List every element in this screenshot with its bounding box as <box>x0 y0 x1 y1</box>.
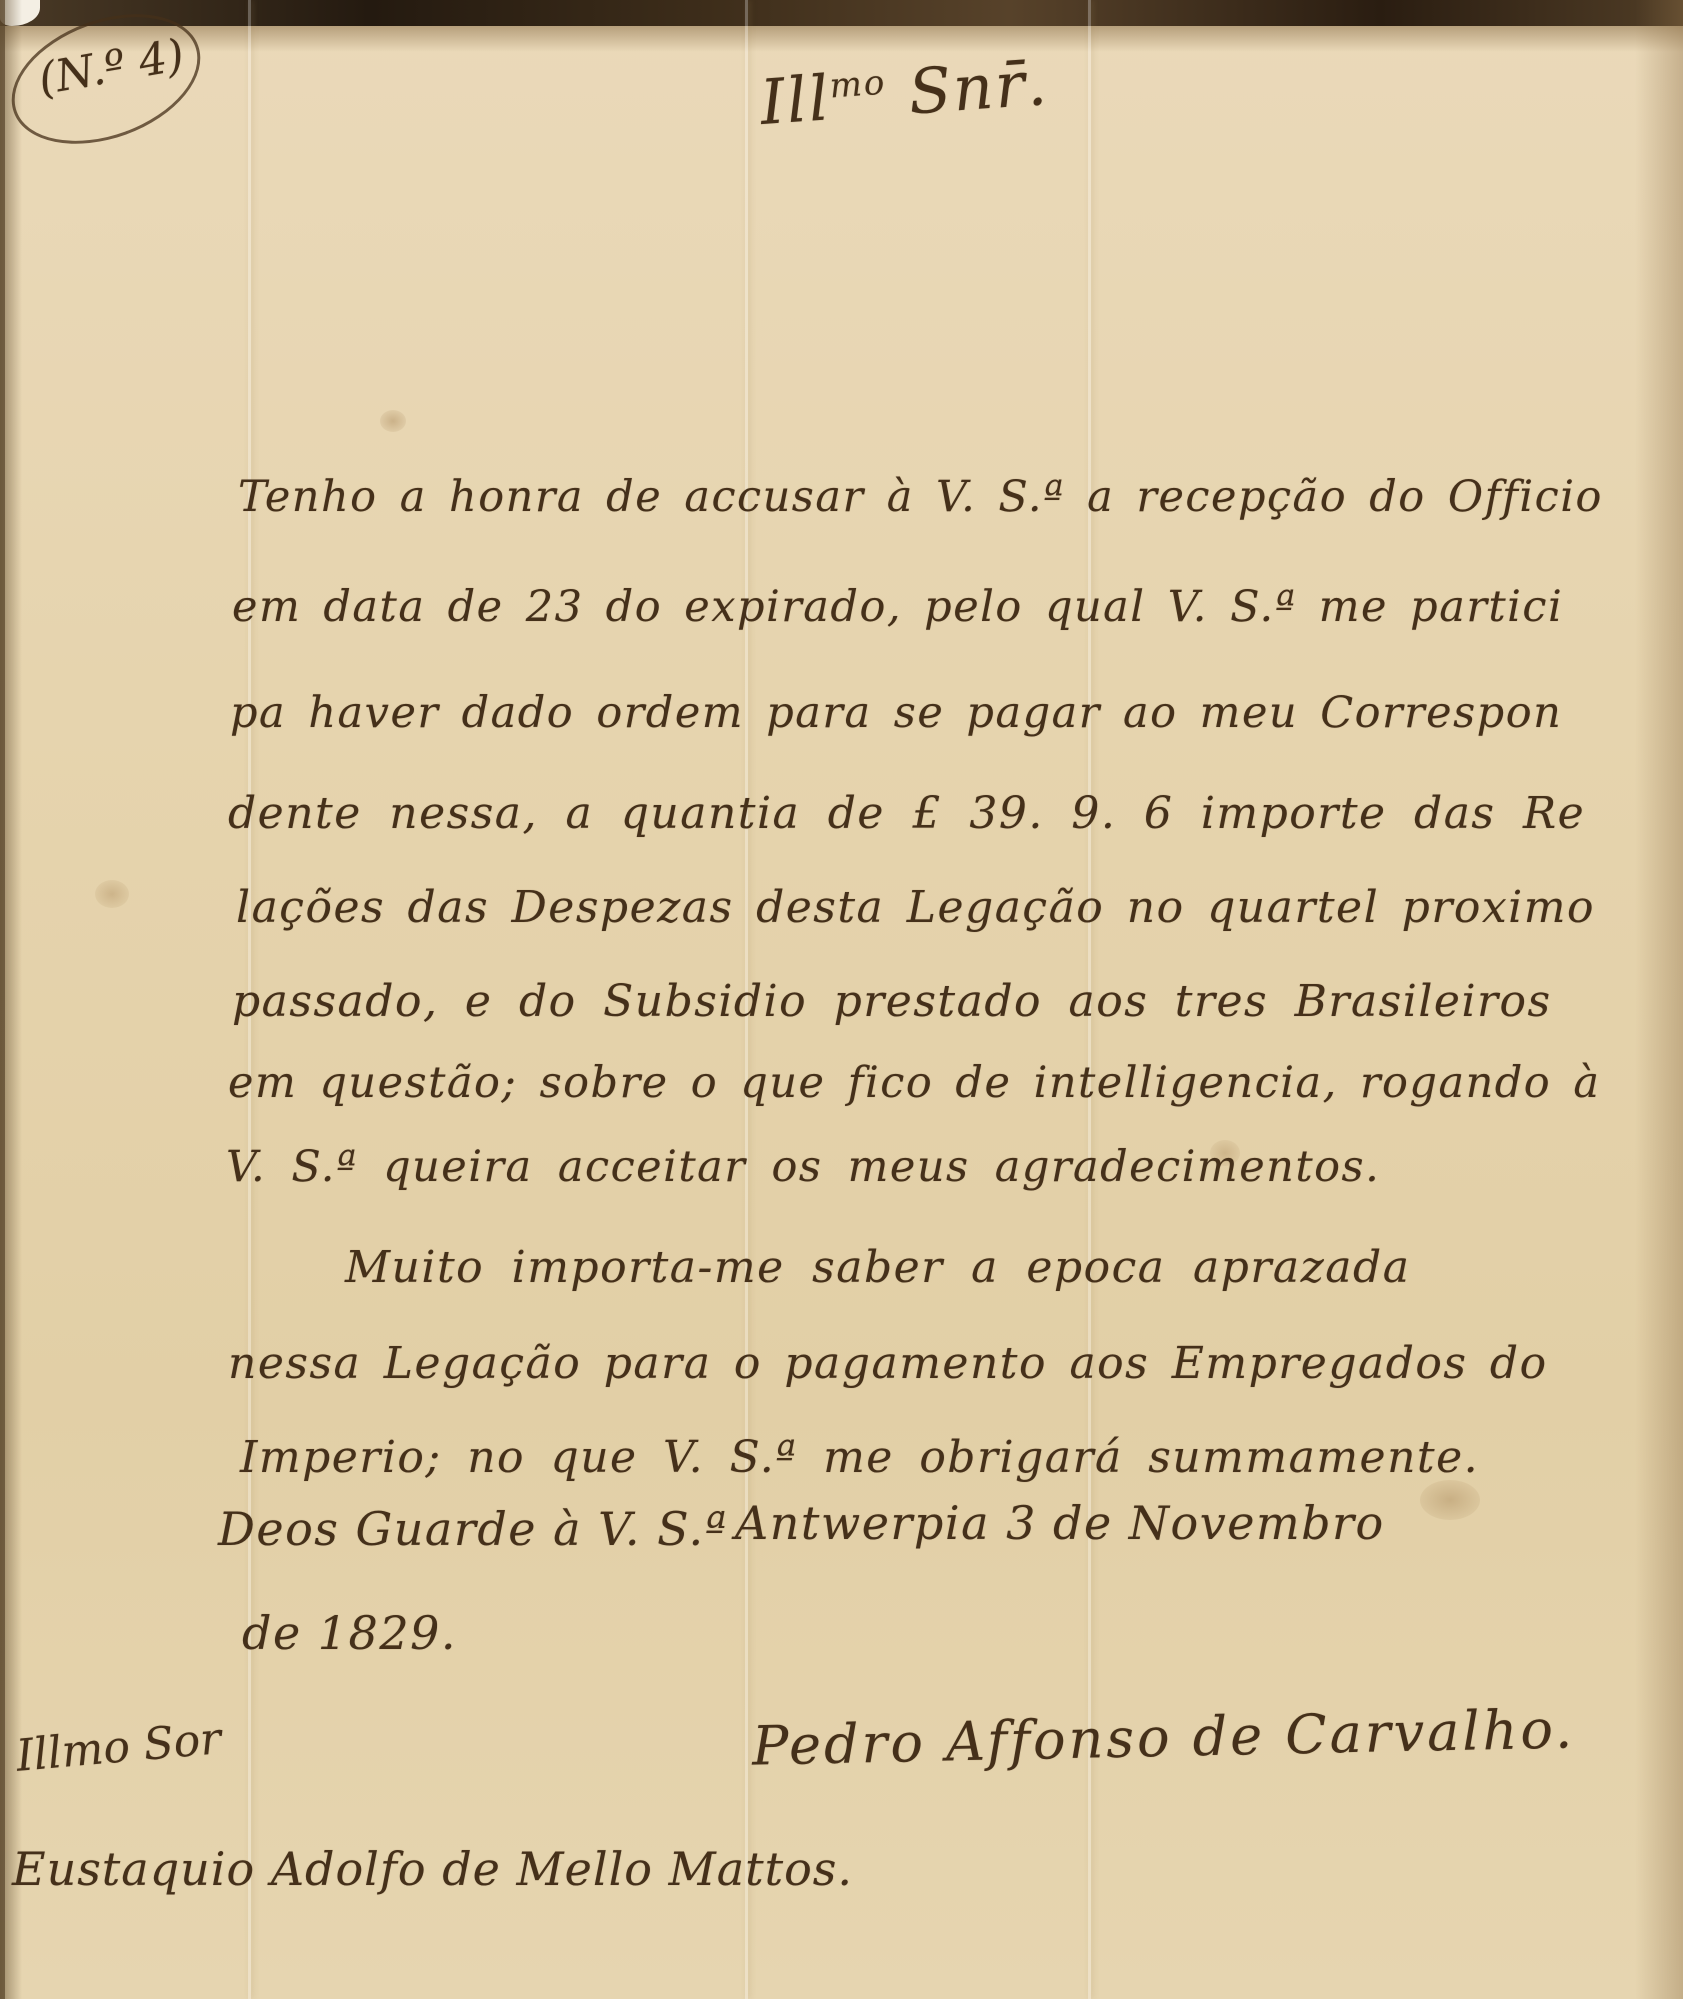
page-right-edge-shadow <box>1635 0 1683 1999</box>
body-line: passado, e do Subsidio prestado aos tres… <box>232 976 1552 1027</box>
closing-valediction: Deos Guarde à V. S.ª <box>218 1502 728 1556</box>
body-line: Imperio; no que V. S.ª me obrigará summa… <box>240 1432 1479 1483</box>
addressee-name: Eustaquio Adolfo de Mello Mattos. <box>12 1842 853 1896</box>
body-line: nessa Legação para o pagamento aos Empre… <box>228 1338 1548 1389</box>
foxing-spot <box>95 880 129 908</box>
body-line: Muito importa-me saber a epoca aprazada <box>345 1242 1410 1293</box>
scan-top-edge-shadow <box>0 26 1683 52</box>
closing-year: de 1829. <box>242 1606 457 1660</box>
body-line: pa haver dado ordem para se pagar ao meu… <box>230 688 1562 738</box>
body-line: lações das Despezas desta Legação no qua… <box>236 882 1595 933</box>
closing-place-date: Antwerpia 3 de Novembro <box>735 1496 1385 1550</box>
salutation-rest: Snr̄. <box>884 46 1050 130</box>
salutation-prefix: Ill <box>758 61 833 139</box>
scan-top-edge <box>0 0 1683 26</box>
addressee-title: Illmo Sor <box>14 1713 223 1782</box>
foxing-spot <box>380 410 406 432</box>
binding-edge-shadow <box>0 0 22 1999</box>
salutation-superscript: mo <box>828 63 887 107</box>
manuscript-page: (N.º 4) Illmo Snr̄. Tenho a honra de acc… <box>0 0 1683 1999</box>
body-line: em questão; sobre o que fico de intellig… <box>228 1058 1601 1108</box>
body-line: V. S.ª queira acceitar os meus agradecim… <box>226 1142 1380 1192</box>
body-line: em data de 23 do expirado, pelo qual V. … <box>232 582 1563 632</box>
body-line: Tenho a honra de accusar à V. S.ª a rece… <box>238 472 1603 522</box>
foxing-spot <box>1420 1480 1480 1520</box>
salutation: Illmo Snr̄. <box>758 46 1051 139</box>
body-line: dente nessa, a quantia de £ 39. 9. 6 imp… <box>228 788 1585 839</box>
signature: Pedro Affonso de Carvalho. <box>751 1697 1575 1777</box>
